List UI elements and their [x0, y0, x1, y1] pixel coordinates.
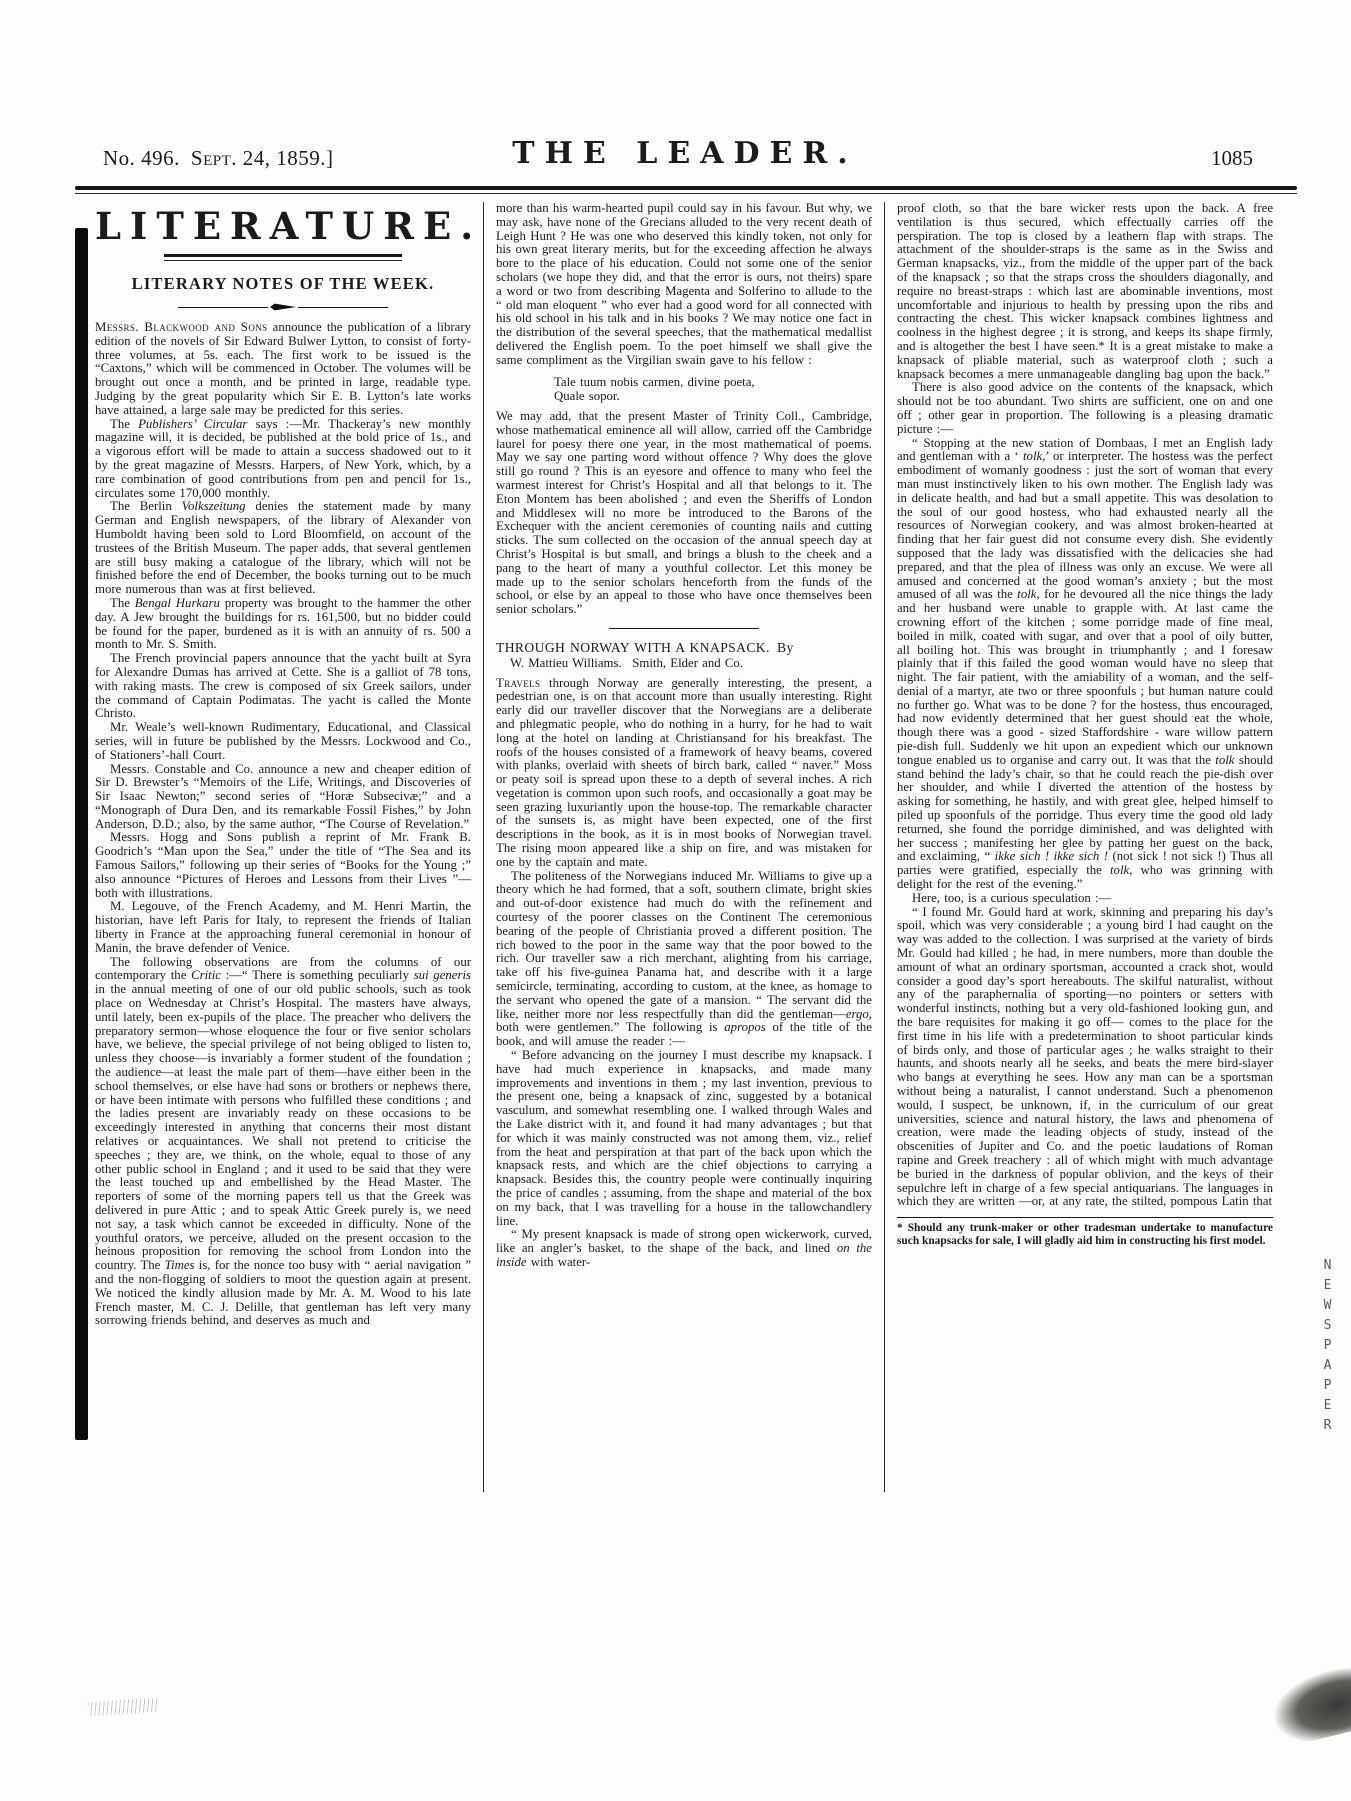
review-byline: W. Mattieu Williams. Smith, Elder and Co…	[510, 657, 872, 671]
scan-left-smudge	[88, 1698, 159, 1717]
paragraph: “ My present knapsack is made of strong …	[496, 1228, 872, 1269]
article-divider-rule	[609, 628, 759, 629]
paragraph: Messrs. Hogg and Sons publish a reprint …	[95, 831, 471, 900]
review-title: THROUGH NORWAY WITH A KNAPSACK. By	[496, 641, 872, 655]
review-text: Travels through Norway are generally int…	[496, 677, 872, 1270]
paragraph: Travels through Norway are generally int…	[496, 677, 872, 870]
column-rule-2	[884, 202, 885, 1492]
paragraph: The Bengal Hurkaru property was brought …	[95, 597, 471, 652]
footnote-rule	[897, 1217, 1273, 1218]
ornament-divider	[178, 303, 388, 311]
paragraph: Messrs. Constable and Co. announce a new…	[95, 763, 471, 832]
column-rule-1	[483, 202, 484, 1492]
paragraph: The following observations are from the …	[95, 956, 471, 1329]
column-2-text: more than his warm-hearted pupil could s…	[496, 202, 872, 1270]
section-title-rule	[164, 254, 402, 261]
continuation-paragraph: more than his warm-hearted pupil could s…	[496, 202, 872, 368]
paragraph: The French provincial papers announce th…	[95, 652, 471, 721]
diamond-ornament-icon	[270, 303, 296, 311]
latin-verse: Tale tuum nobis carmen, divine poeta, Qu…	[554, 375, 872, 403]
newspaper-page: No. 496. Sept. 24, 1859.] THE LEADER. 10…	[0, 0, 1351, 1801]
subsection-title: LITERARY NOTES OF THE WEEK.	[95, 274, 471, 294]
column-1: LITERATURE. LITERARY NOTES OF THE WEEK. …	[95, 202, 471, 1492]
paragraph: “ Before advancing on the journey I must…	[496, 1049, 872, 1228]
footnote: * Should any trunk-maker or other trades…	[897, 1222, 1273, 1247]
page-header: No. 496. Sept. 24, 1859.] THE LEADER. 10…	[95, 136, 1275, 180]
paragraph: We may add, that the present Master of T…	[496, 410, 872, 617]
page-number: 1085	[1211, 146, 1253, 171]
paragraph: Here, too, is a curious speculation :—	[897, 892, 1273, 906]
column-2: more than his warm-hearted pupil could s…	[496, 202, 872, 1492]
scan-spine-bar	[75, 228, 88, 1440]
paragraph: There is also good advice on the content…	[897, 381, 1273, 436]
paragraph: “ Stopping at the new station of Dombaas…	[897, 437, 1273, 892]
section-title: LITERATURE.	[95, 204, 471, 248]
paragraph: “ I found Mr. Gould hard at work, skinni…	[897, 906, 1273, 1210]
literary-notes-text: Messrs. Blackwood and Sons announce the …	[95, 321, 471, 1328]
header-rule	[75, 186, 1297, 194]
paragraph: The Publishers’ Circular says :—Mr. Thac…	[95, 418, 471, 501]
column-3-text: proof cloth, so that the bare wicker res…	[897, 202, 1273, 1209]
paragraph: The Berlin Volkszeitung denies the state…	[95, 500, 471, 597]
paragraph: M. Legouve, of the French Academy, and M…	[95, 900, 471, 955]
paragraph: Messrs. Blackwood and Sons announce the …	[95, 321, 471, 418]
scan-corner-smudge	[1267, 1666, 1351, 1749]
column-3: proof cloth, so that the bare wicker res…	[897, 202, 1273, 1492]
paragraph: proof cloth, so that the bare wicker res…	[897, 202, 1273, 381]
columns-container: LITERATURE. LITERARY NOTES OF THE WEEK. …	[95, 202, 1275, 1492]
paragraph: The politeness of the Norwegians induced…	[496, 870, 872, 1049]
paragraph: Mr. Weale’s well-known Rudimentary, Educ…	[95, 721, 471, 762]
masthead-title: THE LEADER.	[95, 136, 1275, 171]
margin-annotation: NEWSPAPER	[1320, 1258, 1335, 1438]
